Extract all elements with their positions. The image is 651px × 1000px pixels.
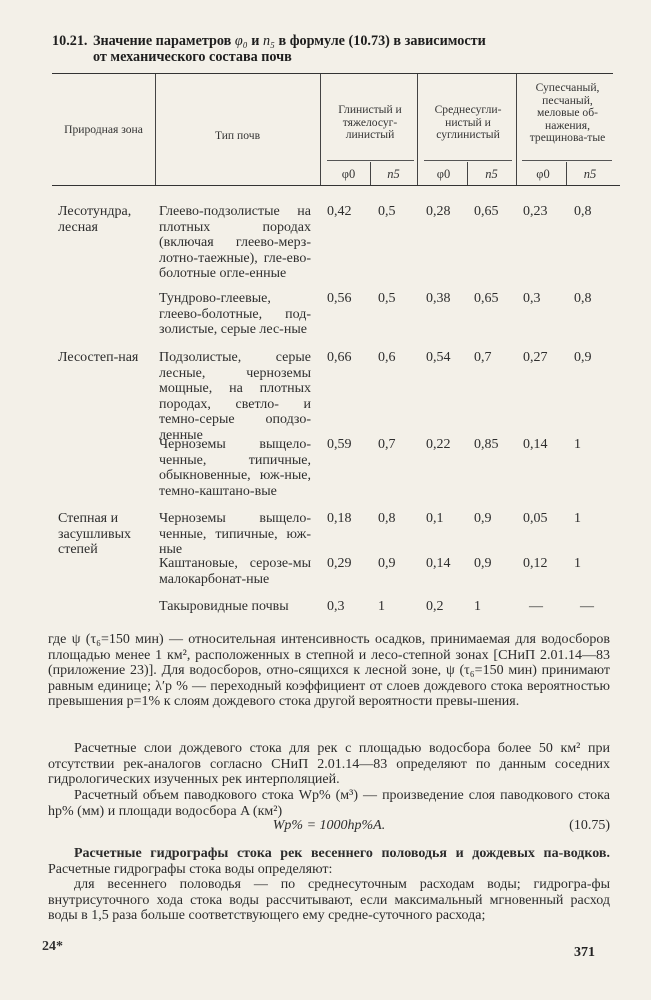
value-cell: 0,05 [523, 511, 548, 527]
value-cell: 1 [574, 556, 581, 572]
subheader-phi0: φ0 [327, 167, 370, 182]
subheader-rule [522, 160, 612, 161]
paragraph-spring-flood: для весеннего половодья — по среднесуточ… [48, 877, 610, 924]
value-cell: 0,59 [327, 437, 352, 453]
header-zone: Природная зона [52, 124, 155, 137]
paragraph-hydrographs: Расчетные гидрографы стока рек весеннего… [48, 846, 610, 877]
column-divider [417, 74, 418, 185]
value-cell: 0,5 [378, 204, 396, 220]
value-cell: 0,29 [327, 556, 352, 572]
value-cell: 0,65 [474, 291, 499, 307]
zone-cell: Лесостеп-ная [58, 350, 154, 366]
soil-type-cell: Тундрово-глеевые, глеево-болотные, под-з… [159, 291, 311, 338]
value-cell: 0,38 [426, 291, 451, 307]
book-page: 10.21.Значение параметров φ₀ и n₅ в форм… [0, 0, 651, 1000]
signature-mark: 24* [42, 939, 63, 955]
value-cell: 0,7 [474, 350, 492, 366]
value-cell: 0,7 [378, 437, 396, 453]
header-group-loam: Среднесугли-нистый и суглинистый [420, 104, 516, 142]
value-cell: 0,9 [574, 350, 592, 366]
value-cell: 0,27 [523, 350, 548, 366]
value-cell: 1 [574, 437, 581, 453]
value-cell: 0,56 [327, 291, 352, 307]
value-cell: 0,12 [523, 556, 548, 572]
table-header-bottom-rule [52, 185, 620, 186]
subheader-n5: n5 [467, 167, 516, 182]
soil-type-cell: Черноземы выщело-ченные, типичные, обыкн… [159, 437, 311, 499]
subheader-rule [327, 160, 414, 161]
subheader-n5: n5 [370, 167, 417, 182]
header-group-sand: Супесчаный, песчаный, меловые об-нажения… [520, 82, 615, 145]
value-cell: 0,9 [474, 556, 492, 572]
value-cell: 0,54 [426, 350, 451, 366]
value-cell: 0,1 [426, 511, 444, 527]
table-number: 10.21. [52, 33, 93, 49]
value-cell: 0,5 [378, 291, 396, 307]
value-cell: 0,65 [474, 204, 499, 220]
subheader-phi0: φ0 [520, 167, 566, 182]
value-cell: 0,42 [327, 204, 352, 220]
value-cell: 0,8 [574, 204, 592, 220]
table-caption: 10.21.Значение параметров φ₀ и n₅ в форм… [52, 33, 612, 65]
value-cell: — [529, 599, 543, 615]
value-cell: — [580, 599, 594, 615]
value-cell: 1 [574, 511, 581, 527]
header-group-clay: Глинистый и тяжелосуг-линистый [323, 104, 417, 142]
value-cell: 0,22 [426, 437, 451, 453]
column-divider [320, 74, 321, 185]
table-top-rule [52, 73, 613, 74]
page-number: 371 [574, 945, 595, 961]
value-cell: 0,3 [327, 599, 345, 615]
value-cell: 0,18 [327, 511, 352, 527]
value-cell: 0,85 [474, 437, 499, 453]
value-cell: 0,3 [523, 291, 541, 307]
value-cell: 0,28 [426, 204, 451, 220]
paragraph-flood-volume: Расчетный объем паводкового стока Wp% (м… [48, 788, 610, 819]
value-cell: 1 [378, 599, 385, 615]
value-cell: 0,14 [523, 437, 548, 453]
soil-type-cell: Подзолистые, серые лесные, черноземы мощ… [159, 350, 311, 444]
header-soil-type: Тип почв [155, 130, 320, 143]
value-cell: 0,6 [378, 350, 396, 366]
soil-type-cell: Черноземы выщело-ченные, типичные, юж-ны… [159, 511, 311, 558]
section-heading: Расчетные гидрографы стока рек весеннего… [74, 846, 610, 861]
column-divider [516, 74, 517, 185]
formula-expression: Wp% = 1000hp%A. [48, 818, 610, 834]
soil-type-cell: Такыровидные почвы [159, 599, 311, 615]
value-cell: 0,23 [523, 204, 548, 220]
soil-type-cell: Каштановые, серозе-мы малокарбонат-ные [159, 556, 311, 587]
zone-cell: Степная и засушливых степей [58, 511, 154, 558]
value-cell: 0,8 [378, 511, 396, 527]
value-cell: 0,8 [574, 291, 592, 307]
value-cell: 0,9 [474, 511, 492, 527]
paragraph-definitions: где ψ (τ₆=150 мин) — относительная интен… [48, 632, 610, 710]
value-cell: 1 [474, 599, 481, 615]
subheader-phi0: φ0 [420, 167, 467, 182]
value-cell: 0,66 [327, 350, 352, 366]
zone-cell: Лесотундра, лесная [58, 204, 154, 235]
paragraph-rain-layers: Расчетные слои дождевого стока для рек с… [48, 741, 610, 788]
subheader-rule [424, 160, 512, 161]
value-cell: 0,9 [378, 556, 396, 572]
subheader-n5: n5 [566, 167, 614, 182]
soil-type-cell: Глеево-подзолистые на плотных породах (в… [159, 204, 311, 282]
value-cell: 0,2 [426, 599, 444, 615]
formula-number: (10.75) [569, 818, 610, 834]
value-cell: 0,14 [426, 556, 451, 572]
